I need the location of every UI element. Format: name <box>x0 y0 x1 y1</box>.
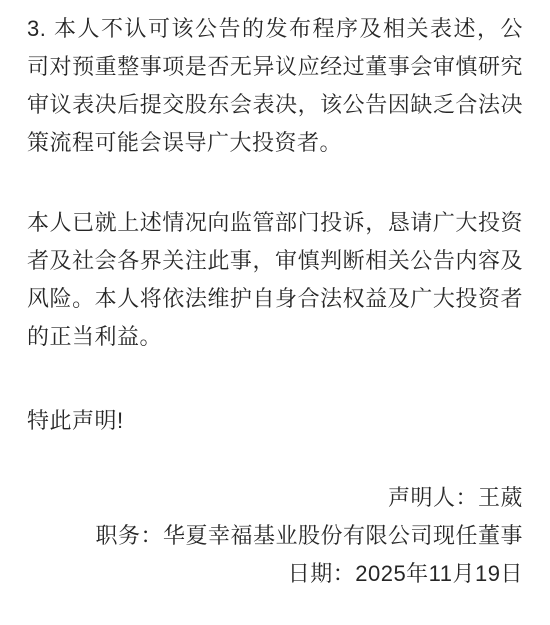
signature-date: 日期：2025年11月19日 <box>27 555 523 593</box>
statement-paragraph-point3: 3. 本人不认可该公告的发布程序及相关表述，公司对预重整事项是否无异议应经过董事… <box>27 10 523 162</box>
signature-position: 职务：华夏幸福基业股份有限公司现任董事 <box>27 517 523 555</box>
statement-closing: 特此声明! <box>27 402 523 440</box>
statement-document: 3. 本人不认可该公告的发布程序及相关表述，公司对预重整事项是否无异议应经过董事… <box>0 0 550 625</box>
signature-block: 声明人：王葳 职务：华夏幸福基业股份有限公司现任董事 日期：2025年11月19… <box>27 479 523 593</box>
signature-declarant: 声明人：王葳 <box>27 479 523 517</box>
statement-paragraph-complaint: 本人已就上述情况向监管部门投诉，恳请广大投资者及社会各界关注此事，审慎判断相关公… <box>27 204 523 356</box>
